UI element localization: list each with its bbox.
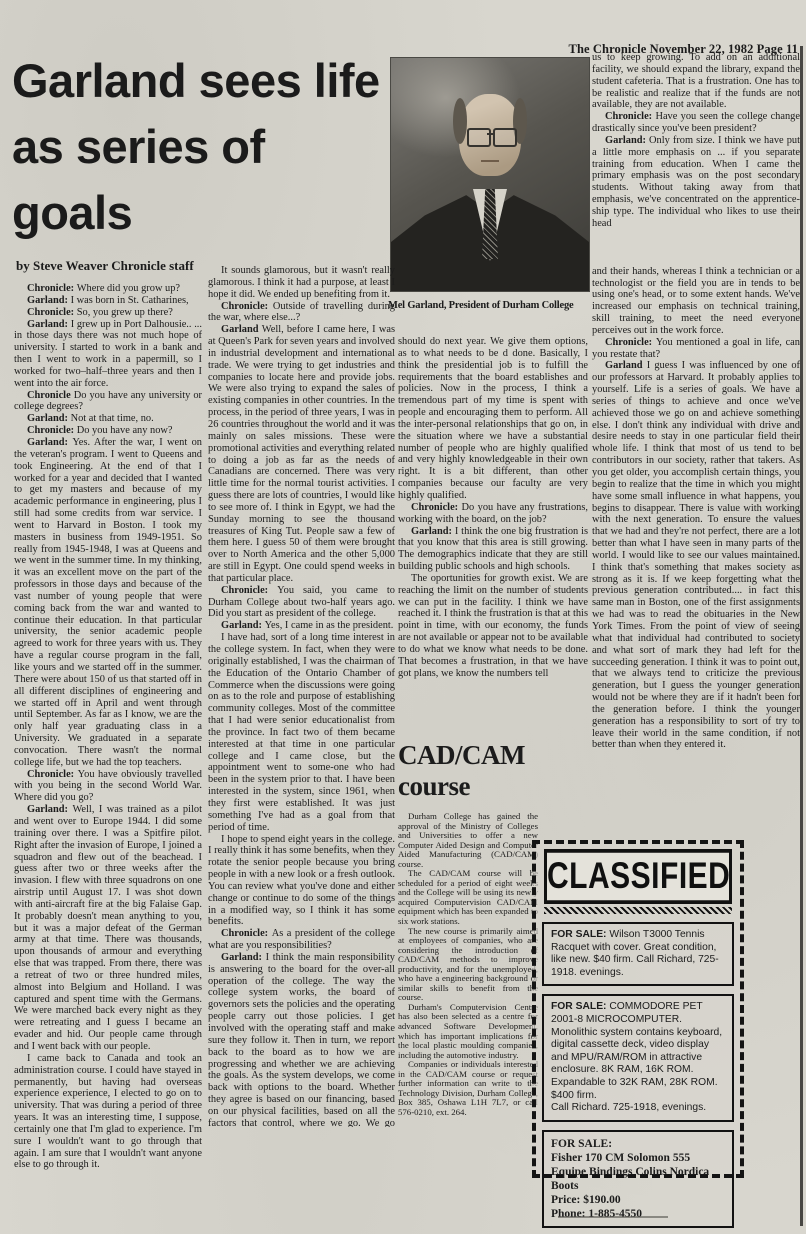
cadcam-headline-line1: CAD/CAM [398,740,525,770]
paragraph: I came back to Canada and took an admini… [14,1053,202,1171]
speaker-label: Garland: [27,295,71,306]
classified-ad: FOR SALE:Fisher 170 CM Solomon 555 Equip… [542,1130,734,1228]
speaker-label: Chronicle: [605,337,656,348]
speaker-label: Chronicle: [605,111,655,122]
glasses-bridge [487,133,493,135]
paragraph: Garland: Well, I was trained as a pilot … [14,804,202,1053]
photo-caption: Mel Garland, President of Durham College [388,300,590,311]
speaker-label: Garland: [27,319,71,330]
paragraph: Garland Well, before I came here, I was … [208,324,395,585]
speaker-label: Garland [605,360,647,371]
paragraph: Garland: Not at that time, no. [14,413,202,425]
speaker-label: Chronicle: [27,769,78,780]
ad-line: FOR SALE: COMMODORE PET 2001-8 MICROCOMP… [551,1001,725,1026]
paragraph: Chronicle: Do you have any frustrations,… [398,502,588,526]
classified-title: CLASSIFIED [544,849,732,904]
article-column-3: should do next year. We give them option… [398,336,588,740]
paragraph: and their hands, whereas I think a techn… [592,266,800,337]
paragraph: Chronicle: You said, you came to Durham … [208,585,395,621]
ad-line: Fisher 170 CM Solomon 555 Equipe Binding… [551,1151,725,1193]
speaker-label: Garland: [27,804,72,815]
article-column-1: Chronicle: Where did you grow up?Garland… [14,283,202,1175]
speaker-label: Garland: [605,135,649,146]
paragraph: Garland: I think the main responsibility… [208,952,395,1127]
article-column-4: us to keep growing. To add on an additio… [592,52,800,792]
paragraph: Durham's Computervision Centre has also … [398,1003,538,1060]
scan-edge-artifact [800,46,803,1226]
paragraph: Garland: Only from size. I think we have… [592,135,800,230]
classified-ad: FOR SALE: Wilson T3000 Tennis Racquet wi… [542,922,734,986]
speaker-label: Chronicle: [411,502,462,513]
article-column-2: It sounds glamorous, but it wasn't reall… [208,265,395,1127]
cadcam-headline-line2: course [398,771,470,801]
paragraph: Garland: Yes, I came in as the president… [208,620,395,632]
paragraph: Chronicle: You mentioned a goal in life,… [592,337,800,361]
paragraph: Chronicle: So, you grew up there? [14,307,202,319]
paragraph: It sounds glamorous, but it wasn't reall… [208,265,395,301]
paragraph: Chronicle: Outside of travelling during … [208,301,395,325]
ad-line: Price: $190.00 [551,1193,725,1207]
paragraph: Durham College has gained the approval o… [398,812,538,869]
paragraph: us to keep growing. To add on an additio… [592,52,800,111]
ad-line: Call Richard. 725-1918, evenings. [551,1102,725,1115]
speaker-label: Garland: [411,526,455,537]
speaker-label: Chronicle: [27,307,77,318]
paragraph: Garland I guess I was influenced by one … [592,360,800,751]
cadcam-headline: CAD/CAM course [398,740,525,802]
speaker-label: Garland: [27,413,71,424]
paragraph: Garland: I was born in St. Catharines, [14,295,202,307]
speaker-label: Chronicle: [27,283,77,294]
headline: Garland sees life as series of goals [12,48,384,246]
cadcam-column: Durham College has gained the approval o… [398,812,538,1184]
ad-line: Phone: 1-885-4550 [551,1207,725,1221]
paragraph: Chronicle: Do you have any now? [14,425,202,437]
paragraph: Chronicle: As a president of the college… [208,928,395,952]
speaker-label: Garland: [221,952,266,963]
paragraph: The CAD/CAM course will be scheduled for… [398,869,538,926]
classified-ad: FOR SALE: COMMODORE PET 2001-8 MICROCOMP… [542,994,734,1121]
scan-mark-artifact [558,1216,668,1218]
ad-lead-label: FOR SALE: [551,929,609,940]
paragraph: should do next year. We give them option… [398,336,588,502]
classified-section: CLASSIFIED FOR SALE: Wilson T3000 Tennis… [532,840,744,1178]
speaker-label: Chronicle [27,390,74,401]
speaker-label: Garland: [27,437,72,448]
newspaper-page: The Chronicle November 22, 1982 Page 11 … [0,0,806,1234]
paragraph: Chronicle: Have you seen the college cha… [592,111,800,135]
classified-ads: FOR SALE: Wilson T3000 Tennis Racquet wi… [536,922,740,1228]
ad-lead-label: FOR SALE: [551,1137,725,1151]
portrait-photo [390,57,590,292]
hair-left [453,98,467,144]
mouth [481,160,499,162]
ad-lead-label: FOR SALE: [551,1001,609,1012]
paragraph: The oportunities for growth exist. We ar… [398,573,588,680]
paragraph: I hope to spend eight years in the colle… [208,834,395,929]
glasses-right-lens [493,128,517,147]
glasses-left-lens [467,128,491,147]
paragraph: Chronicle Do you have any university or … [14,390,202,414]
speaker-label: Chronicle: [221,585,277,596]
paragraph: Garland: Yes. After the war, I went on t… [14,437,202,769]
speaker-label: Garland [221,324,262,335]
ad-line: Monolithic system contains keyboard, dig… [551,1027,725,1103]
paragraph: I have had, sort of a long time interest… [208,632,395,833]
paragraph: The new course is primarily aimed at emp… [398,927,538,1003]
speaker-label: Chronicle: [27,425,77,436]
paragraph: Garland: I think the one big frustration… [398,526,588,573]
paragraph: Companies or individuals interested in t… [398,1060,538,1117]
classified-hatch-divider [544,907,732,914]
paragraph: Chronicle: Where did you grow up? [14,283,202,295]
speaker-label: Garland: [221,620,265,631]
ad-line: FOR SALE: Wilson T3000 Tennis Racquet wi… [551,929,725,979]
paragraph: Garland: I grew up in Port Dalhousie.. .… [14,319,202,390]
speaker-label: Chronicle: [221,928,272,939]
speaker-label: Chronicle: [221,301,273,312]
paragraph: Chronicle: You have obviously travelled … [14,769,202,805]
